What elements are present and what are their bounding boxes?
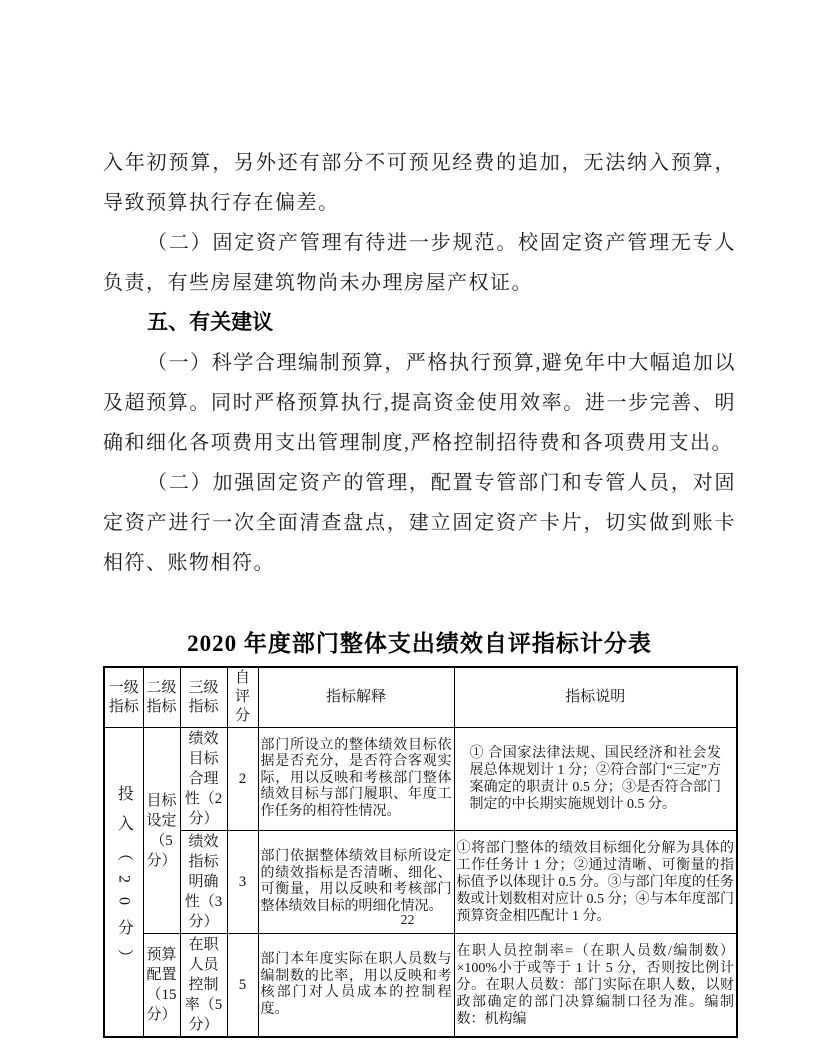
document-content: 入年初预算，另外还有部分不可预见经费的追加，无法纳入预算，导致预算执行存在偏差。…	[103, 143, 736, 1038]
table-row: 投入（20分） 目标设定（5分） 绩效目标合理性（2分） 2 部门所设立的整体绩…	[104, 728, 737, 831]
header-indicator-explanation: 指标解释	[258, 667, 454, 728]
section-heading-suggestions: 五、有关建议	[103, 303, 736, 343]
cell-note-staff-control-rate: 在职人员控制率=（在职人员数/编制数）×100%小于或等于 1 计 5 分，否则…	[454, 934, 737, 1038]
header-level3-indicator: 三级指标	[180, 667, 227, 728]
document-page: 入年初预算，另外还有部分不可预见经费的追加，无法纳入预算，导致预算执行存在偏差。…	[0, 0, 815, 1055]
header-indicator-description: 指标说明	[454, 667, 737, 728]
performance-score-table: 一级指标 二级指标 三级指标 自评分 指标解释 指标说明 投入（20分） 目标设…	[103, 666, 738, 1038]
header-self-score: 自评分	[227, 667, 258, 728]
paragraph-suggestion-1: （一）科学合理编制预算，严格执行预算,避免年中大幅追加以及超预算。同时严格预算执…	[103, 343, 736, 463]
paragraph-suggestion-2: （二）加强固定资产的管理，配置专管部门和专管人员，对固定资产进行一次全面清查盘点…	[103, 463, 736, 583]
cell-explain-goal-rationality: 部门所设立的整体绩效目标依据是否充分，是否符合客观实际，用以反映和考核部门整体绩…	[258, 728, 454, 831]
paragraph-fixed-asset-issue: （二）固定资产管理有待进一步规范。校固定资产管理无专人负责，有些房屋建筑物尚未办…	[103, 223, 736, 303]
cell-level3-goal-rationality: 绩效目标合理性（2分）	[180, 728, 227, 831]
cell-level2-budget-allocation: 预算配置（15分）	[143, 934, 180, 1038]
paragraph-budget-deviation: 入年初预算，另外还有部分不可预见经费的追加，无法纳入预算，导致预算执行存在偏差。	[103, 143, 736, 223]
cell-score-staff-control-rate: 5	[227, 934, 258, 1038]
cell-score-goal-rationality: 2	[227, 728, 258, 831]
cell-level1-input: 投入（20分）	[104, 728, 143, 1038]
header-level2-indicator: 二级指标	[143, 667, 180, 728]
cell-level3-staff-control-rate: 在职人员控制率（5分）	[180, 934, 227, 1038]
score-table-title: 2020 年度部门整体支出绩效自评指标计分表	[103, 625, 736, 658]
table-header-row: 一级指标 二级指标 三级指标 自评分 指标解释 指标说明	[104, 667, 737, 728]
page-number: 22	[0, 913, 815, 929]
header-level1-indicator: 一级指标	[104, 667, 143, 728]
cell-explain-staff-control-rate: 部门本年度实际在职人员数与编制数的比率，用以反映和考核部门对人员成本的控制程度。	[258, 934, 454, 1038]
cell-level2-goal-setting: 目标设定（5分）	[143, 728, 180, 934]
cell-note-goal-rationality: ① 合国家法律法规、国民经济和社会发展总体规划计 1 分；②符合部门“三定”方案…	[454, 728, 737, 831]
table-row: 预算配置（15分） 在职人员控制率（5分） 5 部门本年度实际在职人员数与编制数…	[104, 934, 737, 1038]
